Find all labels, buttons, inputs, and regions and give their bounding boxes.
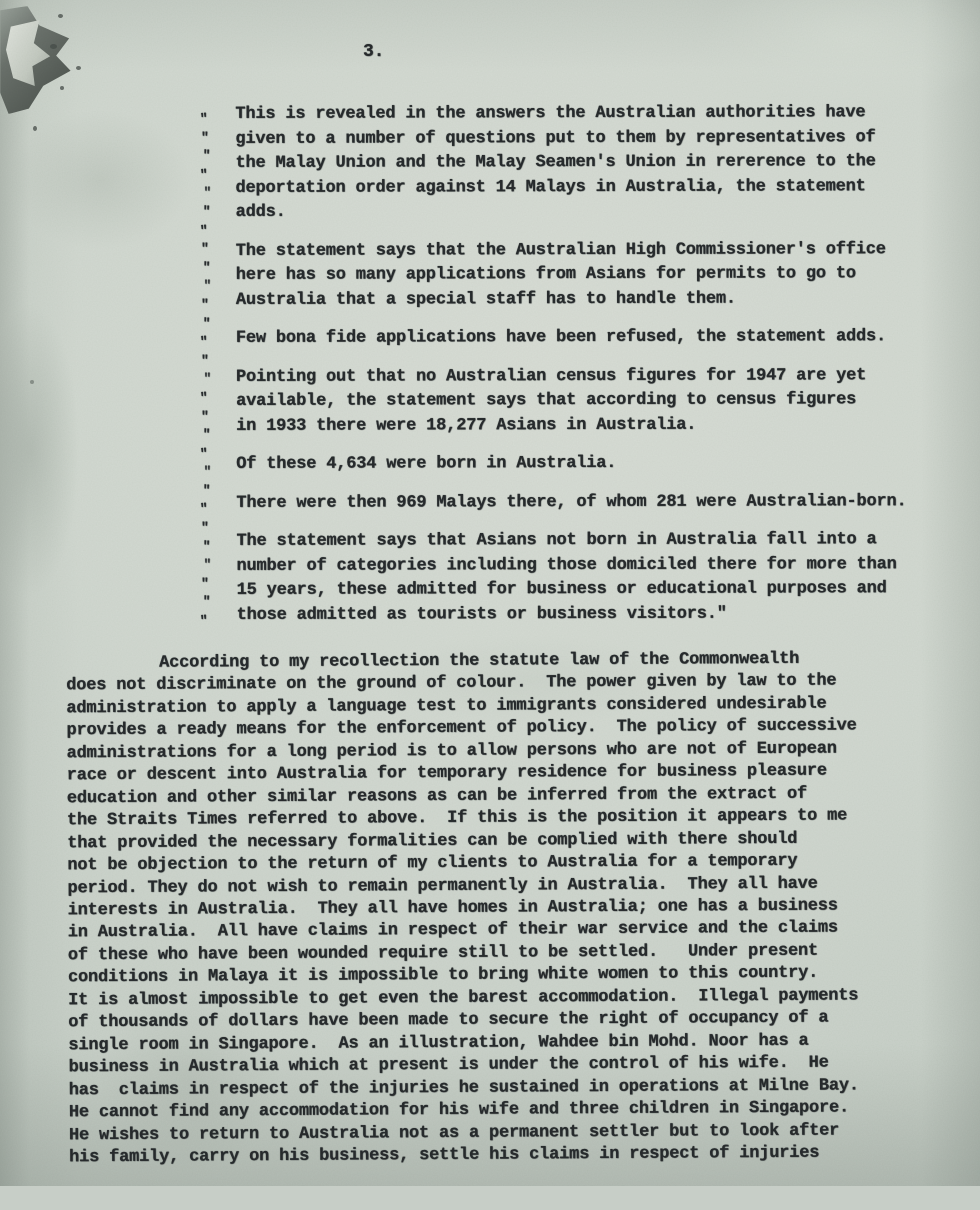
quote-ditto-mark: " bbox=[199, 388, 216, 408]
quoted-line: number of categories including those dom… bbox=[236, 553, 942, 579]
quote-ditto-mark: " bbox=[199, 109, 216, 129]
quoted-paragraph: This is revealed in the answers the Aust… bbox=[235, 101, 941, 225]
quoted-line: those admitted as tourists or business v… bbox=[237, 602, 943, 628]
quoted-line: This is revealed in the answers the Aust… bbox=[235, 101, 941, 127]
quote-ditto-mark: " bbox=[199, 333, 216, 353]
quote-ditto-mark: " bbox=[201, 240, 217, 259]
quote-ditto-mark: " bbox=[204, 370, 220, 389]
quote-ditto-mark: " bbox=[202, 481, 219, 500]
quote-marks-column: """""""""""""""""""""""""""" bbox=[201, 110, 217, 631]
quote-ditto-mark: " bbox=[201, 129, 217, 148]
quote-ditto-mark: " bbox=[199, 444, 216, 464]
quote-ditto-mark: " bbox=[202, 537, 219, 556]
quoted-paragraph: The statement says that the Australian H… bbox=[236, 238, 942, 313]
quoted-line: in 1933 there were 18,277 Asians in Aust… bbox=[236, 413, 942, 439]
quoted-paragraph: Pointing out that no Australian census f… bbox=[236, 364, 942, 439]
quoted-line: The statement says that the Australian H… bbox=[236, 238, 942, 264]
quoted-line: here has so many applications from Asian… bbox=[236, 262, 942, 288]
scanned-document-page: 3. """""""""""""""""""""""""""" This is … bbox=[0, 0, 980, 1186]
quote-ditto-mark: " bbox=[202, 593, 219, 612]
quote-ditto-mark: " bbox=[202, 426, 219, 445]
paper-speck bbox=[50, 44, 57, 49]
quoted-line: There were then 969 Malays there, of who… bbox=[236, 490, 942, 516]
quote-ditto-mark: " bbox=[201, 296, 217, 315]
quote-ditto-mark: " bbox=[202, 147, 219, 166]
body-text: According to my recollection the statute… bbox=[66, 648, 957, 1170]
quote-ditto-mark: " bbox=[201, 575, 217, 594]
quote-ditto-mark: " bbox=[204, 277, 220, 296]
paper-speck bbox=[76, 66, 81, 70]
quote-ditto-mark: " bbox=[201, 408, 217, 427]
quote-ditto-mark: " bbox=[201, 352, 217, 371]
quote-ditto-mark: " bbox=[199, 221, 216, 241]
page-number: 3. bbox=[363, 42, 384, 62]
quoted-line: Australia that a special staff has to ha… bbox=[236, 287, 942, 313]
quoted-statement-block: This is revealed in the answers the Aust… bbox=[235, 101, 942, 642]
quote-ditto-mark: " bbox=[199, 165, 216, 185]
quote-ditto-mark: " bbox=[199, 611, 216, 631]
quoted-paragraph: Of these 4,634 were born in Australia. bbox=[236, 451, 942, 477]
quote-ditto-mark: " bbox=[204, 184, 220, 203]
quote-ditto-mark: " bbox=[199, 500, 216, 520]
body-line: his family, carry on his business, settl… bbox=[69, 1142, 957, 1170]
paper-stain bbox=[0, 80, 230, 280]
quoted-line: Pointing out that no Australian census f… bbox=[236, 364, 942, 390]
paper-speck bbox=[58, 14, 63, 18]
quoted-line: Of these 4,634 were born in Australia. bbox=[236, 451, 942, 477]
quote-ditto-mark: " bbox=[201, 519, 217, 538]
quoted-line: deportation order against 14 Malays in A… bbox=[235, 175, 941, 201]
paper-speck bbox=[60, 86, 64, 90]
quoted-line: Few bona fide applications have been ref… bbox=[236, 325, 942, 351]
paper-speck bbox=[33, 126, 37, 131]
quoted-line: given to a number of questions put to th… bbox=[235, 126, 941, 152]
quote-ditto-mark: " bbox=[204, 556, 220, 575]
quoted-paragraph: The statement says that Asians not born … bbox=[236, 528, 942, 628]
paper-stain bbox=[0, 240, 100, 660]
quoted-line: available, the statement says that accor… bbox=[236, 388, 942, 414]
quoted-line: the Malay Union and the Malay Seamen's U… bbox=[235, 150, 941, 176]
quote-ditto-mark: " bbox=[204, 463, 220, 482]
quote-ditto-mark: " bbox=[202, 203, 219, 222]
paper-speck bbox=[30, 380, 34, 384]
quote-ditto-mark: " bbox=[202, 314, 219, 333]
quote-ditto-mark: " bbox=[202, 258, 219, 277]
quoted-line: 15 years, these admitted for business or… bbox=[237, 577, 943, 603]
quoted-paragraph: There were then 969 Malays there, of who… bbox=[236, 490, 942, 516]
quoted-paragraph: Few bona fide applications have been ref… bbox=[236, 325, 942, 351]
quoted-line: The statement says that Asians not born … bbox=[236, 528, 942, 554]
quoted-line: adds. bbox=[236, 199, 942, 225]
